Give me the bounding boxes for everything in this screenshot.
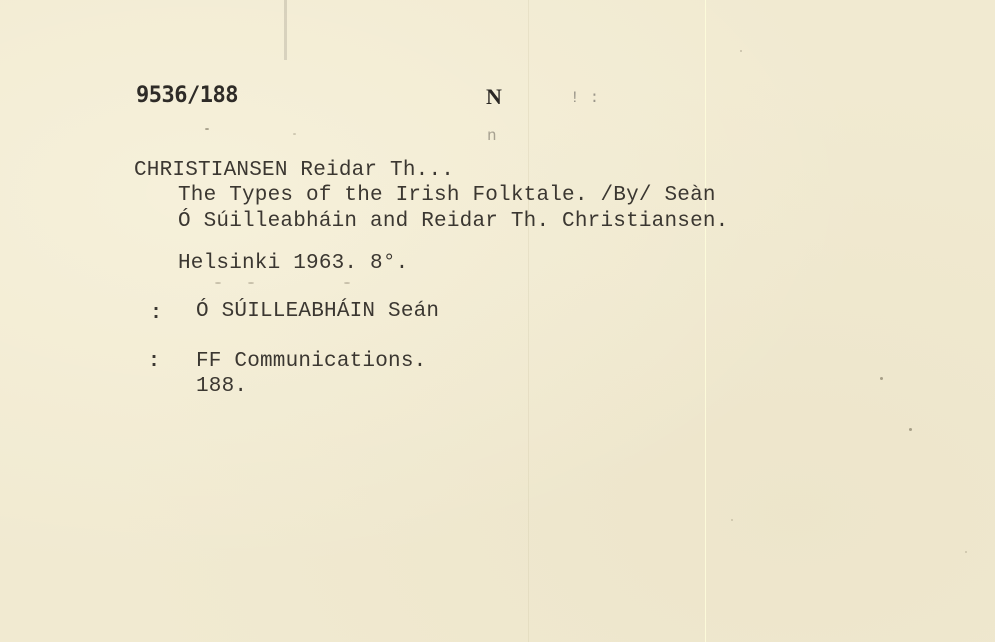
paper-speck	[293, 133, 296, 135]
card-fold-line	[705, 0, 706, 642]
paper-speck	[965, 551, 967, 553]
paper-speck	[205, 128, 209, 130]
marker-letter: N	[486, 85, 502, 109]
series-line-1: FF Communications.	[196, 350, 426, 374]
card-smudge	[284, 0, 287, 60]
added-entry-bullet: :	[150, 302, 162, 326]
catalog-card: 9536/188 N ! : n CHRISTIANSEN Reidar Th.…	[0, 0, 995, 642]
main-entry-heading: CHRISTIANSEN Reidar Th...	[134, 159, 454, 183]
paper-speck	[909, 428, 912, 431]
paper-speck	[880, 377, 883, 380]
paper-speck	[740, 50, 742, 52]
title-line-2: Ó Súilleabháin and Reidar Th. Christians…	[178, 210, 729, 234]
paper-speck	[731, 519, 733, 521]
marker-small: n	[487, 124, 497, 148]
imprint-line: Helsinki 1963. 8°.	[178, 252, 408, 276]
call-number: 9536/188	[136, 84, 238, 108]
series-bullet: :	[148, 350, 160, 374]
title-line-1: The Types of the Irish Folktale. /By/ Se…	[178, 184, 716, 208]
paper-speck	[248, 282, 254, 284]
card-fold-line	[528, 0, 529, 642]
paper-speck	[215, 282, 221, 284]
marker-mark: ! :	[570, 86, 599, 110]
paper-speck	[344, 282, 350, 284]
added-entry: Ó SÚILLEABHÁIN Seán	[196, 300, 439, 324]
series-line-2: 188.	[196, 375, 247, 399]
